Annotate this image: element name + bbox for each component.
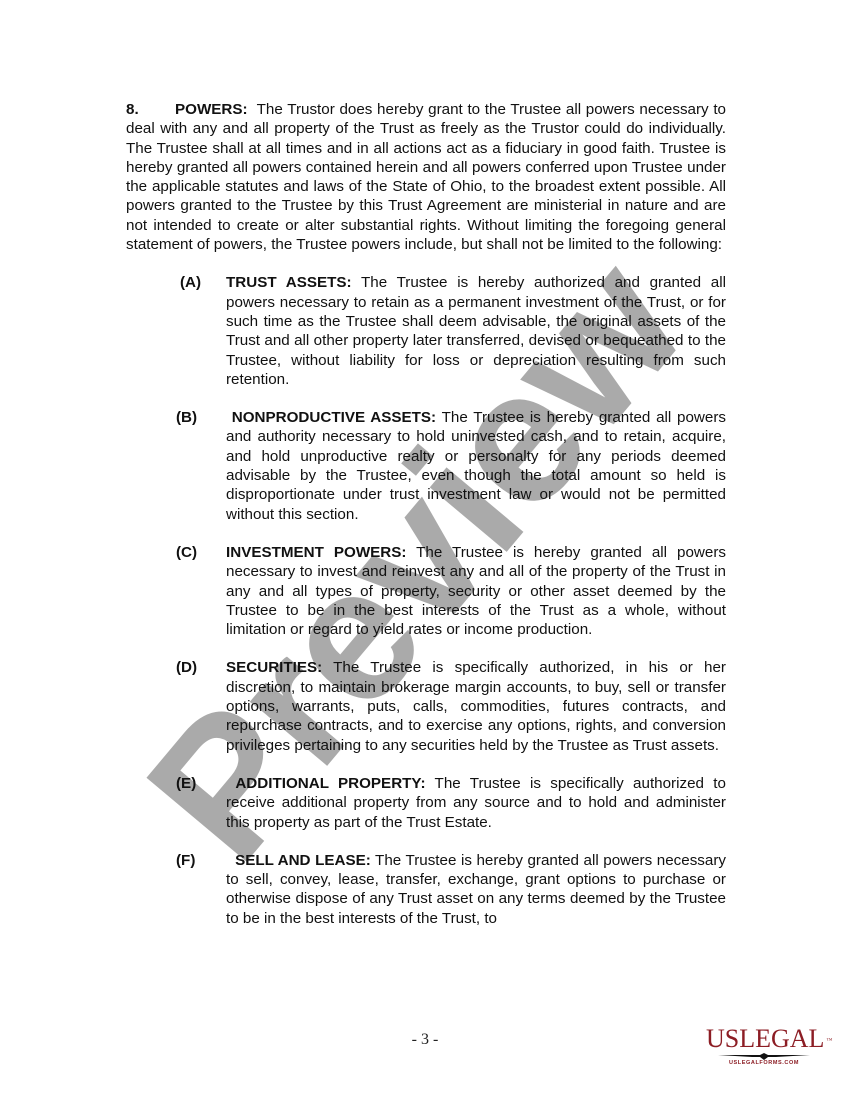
subsection-a: (A) TRUST ASSETS: The Trustee is hereby … xyxy=(126,273,726,389)
subsection-label: (D) xyxy=(176,658,197,677)
section-heading: POWERS: xyxy=(175,101,248,118)
section-number: 8. xyxy=(126,100,175,119)
subsection-e: (E) ADDITIONAL PROPERTY: The Trustee is … xyxy=(126,774,726,832)
section-text: The Trustor does hereby grant to the Tru… xyxy=(126,101,726,253)
subsection-f: (F) SELL AND LEASE: The Trustee is hereb… xyxy=(126,851,726,928)
subsection-heading: ADDITIONAL PROPERTY: xyxy=(235,775,425,792)
subsection-heading: INVESTMENT POWERS: xyxy=(226,544,406,561)
subsection-heading: NONPRODUCTIVE ASSETS: xyxy=(232,409,436,426)
logo-tagline: USLEGALFORMS.COM xyxy=(706,1060,822,1067)
subsection-label: (C) xyxy=(176,543,197,562)
section-8-powers: 8.POWERS: The Trustor does hereby grant … xyxy=(126,100,726,254)
subsection-b: (B) NONPRODUCTIVE ASSETS: The Trustee is… xyxy=(126,408,726,524)
subsection-c: (C) INVESTMENT POWERS: The Trustee is he… xyxy=(126,543,726,639)
subsection-label: (B) xyxy=(176,408,197,427)
subsection-label: (E) xyxy=(176,774,196,793)
subsection-d: (D) SECURITIES: The Trustee is specifica… xyxy=(126,658,726,754)
trademark-symbol: ™ xyxy=(827,1028,833,1054)
subsection-heading: SELL AND LEASE: xyxy=(235,852,371,869)
logo-wordmark: USLEGAL™ xyxy=(706,1026,824,1052)
subsection-text: The Trustee is hereby granted all powers… xyxy=(226,409,726,522)
subsection-text: The Trustee is hereby authorized and gra… xyxy=(226,274,726,387)
document-content: 8.POWERS: The Trustor does hereby grant … xyxy=(126,100,726,928)
uslegal-logo[interactable]: USLEGAL™ USLEGALFORMS.COM xyxy=(706,1026,822,1068)
subsection-heading: SECURITIES: xyxy=(226,659,322,676)
subsection-label: (A) xyxy=(180,273,201,292)
subsection-label: (F) xyxy=(176,851,195,870)
document-page: Preview 8.POWERS: The Trustor does hereb… xyxy=(0,0,850,1100)
subsection-heading: TRUST ASSETS: xyxy=(226,274,352,291)
eagle-wing-icon xyxy=(716,1052,812,1060)
